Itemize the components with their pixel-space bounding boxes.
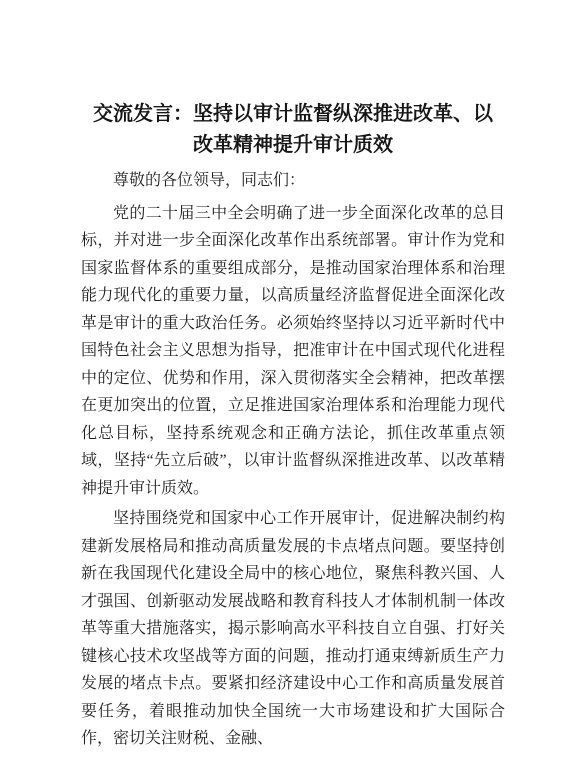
document-page: 交流发言：坚持以审计监督纵深推进改革、以 改革精神提升审计质效 尊敬的各位领导，… <box>0 0 586 759</box>
body-paragraph: 党的二十届三中全会明确了进一步全面深化改革的总目标，并对进一步全面深化改革作出系… <box>81 200 505 503</box>
salutation: 尊敬的各位领导，同志们： <box>81 167 505 195</box>
document-title-line-1: 交流发言：坚持以审计监督纵深推进改革、以 <box>81 99 505 130</box>
document-content: 交流发言：坚持以审计监督纵深推进改革、以 改革精神提升审计质效 尊敬的各位领导，… <box>81 0 505 753</box>
document-title-line-2: 改革精神提升审计质效 <box>81 130 505 161</box>
body-paragraph: 坚持围绕党和国家中心工作开展审计，促进解决制约构建新发展格局和推动高质量发展的卡… <box>81 505 505 753</box>
document-title: 交流发言：坚持以审计监督纵深推进改革、以 改革精神提升审计质效 <box>81 99 505 161</box>
